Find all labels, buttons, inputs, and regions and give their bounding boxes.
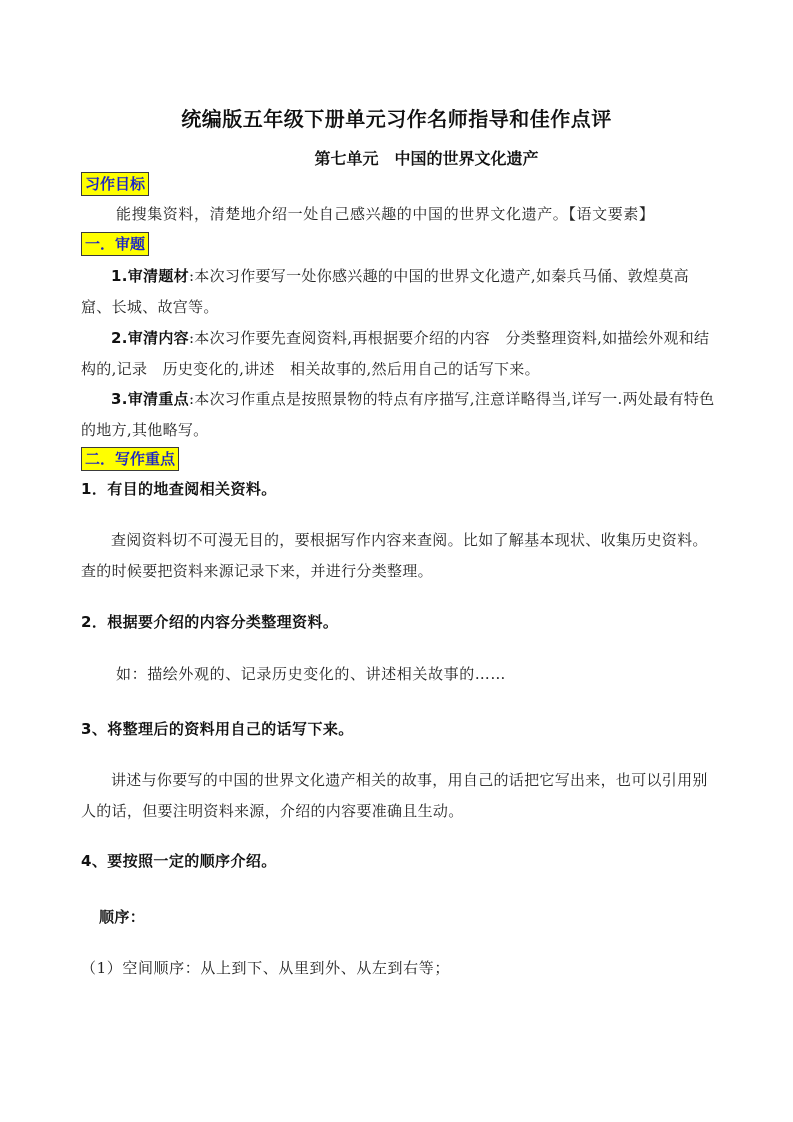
review-item-content: 2.审清内容:本次习作要先查阅资料,再根据要介绍的内容 分类整理资料,如描绘外观… bbox=[81, 323, 717, 385]
goal-text: 能搜集资料，清楚地介绍一处自己感兴趣的中国的世界文化遗产。【语文要素】 bbox=[116, 204, 655, 224]
review-item-focus: 3.审清重点:本次习作重点是按照景物的特点有序描写,注意详略得当,详写一.两处最… bbox=[81, 384, 717, 446]
point-text: 如：描绘外观的、记录历史变化的、讲述相关故事的…… bbox=[116, 664, 506, 684]
point-text: 讲述与你要写的中国的世界文化遗产相关的故事，用自己的话把它写出来，也可以引用别人… bbox=[81, 765, 717, 827]
review-item-label: 1.审清题材 bbox=[111, 267, 189, 285]
review-item-label: 2.审清内容 bbox=[111, 329, 189, 347]
document-title: 统编版五年级下册单元习作名师指导和佳作点评 bbox=[0, 103, 793, 132]
point-text: 查阅资料切不可漫无目的，要根据写作内容来查阅。比如了解基本现状、收集历史资料。查… bbox=[81, 525, 717, 587]
document-subtitle: 第七单元 中国的世界文化遗产 bbox=[0, 146, 793, 169]
section-review-tag: 一．审题 bbox=[81, 232, 149, 256]
review-item-subject: 1.审清题材:本次习作要写一处你感兴趣的中国的世界文化遗产,如秦兵马俑、敦煌莫高… bbox=[81, 261, 717, 323]
point-heading: 1．有目的地查阅相关资料。 bbox=[81, 478, 277, 499]
point-heading: 2．根据要介绍的内容分类整理资料。 bbox=[81, 611, 338, 632]
section-writing-focus-tag: 二．写作重点 bbox=[81, 447, 179, 471]
point-heading: 4、要按照一定的顺序介绍。 bbox=[81, 850, 277, 871]
point-heading: 3、将整理后的资料用自己的话写下来。 bbox=[81, 718, 354, 739]
order-subheading: 顺序： bbox=[99, 906, 145, 927]
order-list-item: （1）空间顺序：从上到下、从里到外、从左到右等； bbox=[81, 958, 450, 978]
goal-tag: 习作目标 bbox=[81, 172, 149, 196]
review-item-label: 3.审清重点 bbox=[111, 390, 189, 408]
